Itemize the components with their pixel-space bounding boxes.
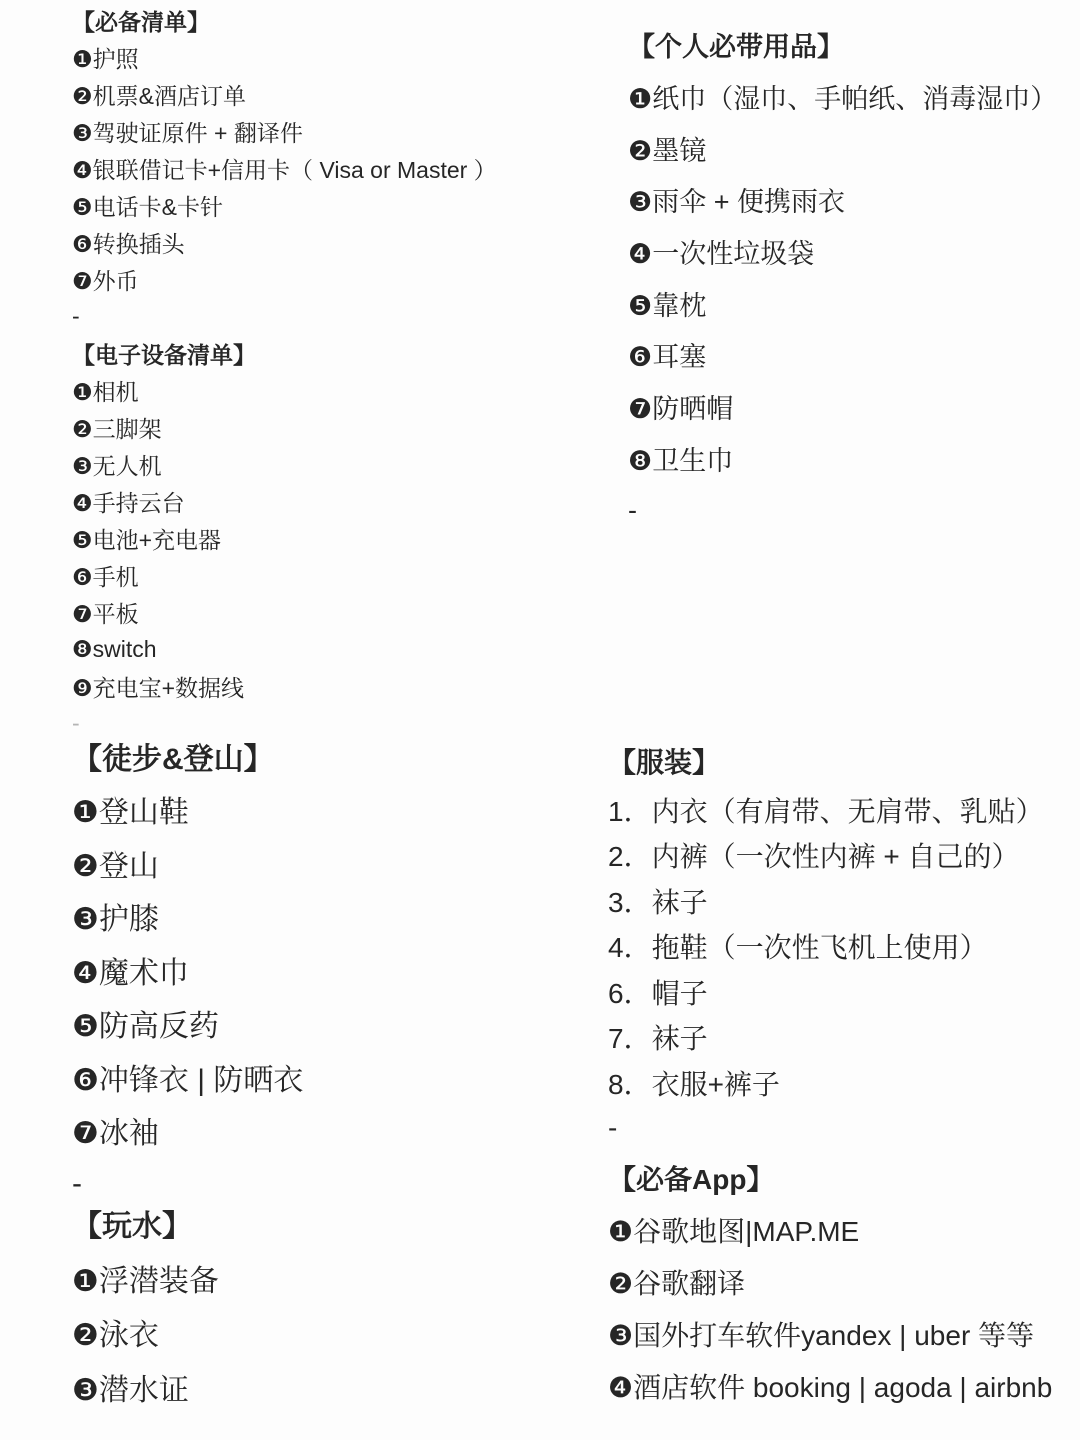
list-item: ❷谷歌翻译 — [608, 1256, 1052, 1308]
list-item: ❻转换插头 — [72, 224, 497, 261]
list-item: 4．拖鞋（一次性飞机上使用） — [608, 924, 1044, 970]
list-item: ❺电话卡&卡针 — [72, 187, 497, 224]
list-item: ❷墨镜 — [628, 122, 1057, 174]
list-item: ❼外币 — [72, 261, 497, 298]
list-item: ❺电池+充电器 — [72, 520, 497, 557]
list-item: 7．袜子 — [608, 1015, 1044, 1061]
list-item: ❷泳衣 — [72, 1305, 219, 1360]
list-item: ❹手持云台 — [72, 483, 497, 520]
travel-packing-checklist-page: 【必备清单】 ❶护照❷机票&酒店订单❸驾驶证原件 + 翻译件❹银联借记卡+信用卡… — [0, 0, 1080, 1440]
section-personal-items: 【个人必带用品】 ❶纸巾（湿巾、手帕纸、消毒湿巾）❷墨镜❸雨伞 + 便携雨衣❹一… — [628, 19, 1057, 536]
water-title: 【玩水】 — [72, 1196, 219, 1251]
personal-list: ❶纸巾（湿巾、手帕纸、消毒湿巾）❷墨镜❸雨伞 + 便携雨衣❹一次性垃圾袋❺靠枕❻… — [628, 71, 1057, 485]
list-item: ❶谷歌地图|MAP.ME — [608, 1204, 1052, 1256]
list-item: ❼防晒帽 — [628, 381, 1057, 433]
list-item: ❶登山鞋 — [72, 783, 303, 837]
personal-divider: - — [628, 484, 1057, 536]
list-item: ❼冰袖 — [72, 1104, 303, 1158]
water-list: ❶浮潜装备❷泳衣❸潜水证 — [72, 1251, 219, 1415]
apps-list: ❶谷歌地图|MAP.ME❷谷歌翻译❸国外打车软件yandex | uber 等等… — [608, 1204, 1052, 1412]
list-item: ❽switch — [72, 631, 497, 668]
apps-title: 【必备App】 — [608, 1152, 1052, 1204]
clothing-title: 【服装】 — [608, 735, 1044, 787]
clothing-list: 1．内衣（有肩带、无肩带、乳贴）2．内裤（一次性内裤 + 自己的）3．袜子4．拖… — [608, 787, 1044, 1106]
hiking-title: 【徒步&登山】 — [72, 729, 303, 783]
list-item: ❸国外打车软件yandex | uber 等等 — [608, 1308, 1052, 1360]
list-item: ❶护照 — [72, 39, 497, 76]
list-item: ❶相机 — [72, 372, 497, 409]
list-item: ❸护膝 — [72, 890, 303, 944]
list-item: 6．帽子 — [608, 969, 1044, 1015]
list-item: ❸无人机 — [72, 446, 497, 483]
essentials-divider: - — [72, 298, 497, 335]
personal-title: 【个人必带用品】 — [628, 19, 1057, 71]
list-item: ❹一次性垃圾袋 — [628, 226, 1057, 278]
list-item: ❷登山 — [72, 836, 303, 890]
list-item: ❸雨伞 + 便携雨衣 — [628, 174, 1057, 226]
electronics-list: ❶相机❷三脚架❸无人机❹手持云台❺电池+充电器❻手机❼平板❽switch❾充电宝… — [72, 372, 497, 705]
list-item: 1．内衣（有肩带、无肩带、乳贴） — [608, 787, 1044, 833]
hiking-list: ❶登山鞋❷登山❸护膝❹魔术巾❺防高反药❻冲锋衣 | 防晒衣❼冰袖 — [72, 783, 303, 1158]
section-hiking: 【徒步&登山】 ❶登山鞋❷登山❸护膝❹魔术巾❺防高反药❻冲锋衣 | 防晒衣❼冰袖… — [72, 729, 303, 1211]
electronics-title: 【电子设备清单】 — [72, 335, 497, 372]
essentials-list: ❶护照❷机票&酒店订单❸驾驶证原件 + 翻译件❹银联借记卡+信用卡（ Visa … — [72, 39, 497, 298]
list-item: ❷机票&酒店订单 — [72, 76, 497, 113]
list-item: ❸潜水证 — [72, 1360, 219, 1415]
list-item: ❶纸巾（湿巾、手帕纸、消毒湿巾） — [628, 71, 1057, 123]
section-apps: 【必备App】 ❶谷歌地图|MAP.ME❷谷歌翻译❸国外打车软件yandex |… — [608, 1152, 1052, 1412]
clothing-divider: - — [608, 1106, 1044, 1152]
list-item: 3．袜子 — [608, 878, 1044, 924]
list-item: ❷三脚架 — [72, 409, 497, 446]
list-item: ❹银联借记卡+信用卡（ Visa or Master ） — [72, 150, 497, 187]
list-item: ❺靠枕 — [628, 277, 1057, 329]
essentials-title: 【必备清单】 — [72, 2, 497, 39]
list-item: ❻冲锋衣 | 防晒衣 — [72, 1050, 303, 1104]
list-item: ❺防高反药 — [72, 997, 303, 1051]
list-item: 2．内裤（一次性内裤 + 自己的） — [608, 833, 1044, 879]
list-item: ❾充电宝+数据线 — [72, 668, 497, 705]
list-item: ❽卫生巾 — [628, 433, 1057, 485]
list-item: ❶浮潜装备 — [72, 1251, 219, 1306]
list-item: ❼平板 — [72, 594, 497, 631]
list-item: ❹酒店软件 booking | agoda | airbnb — [608, 1360, 1052, 1412]
list-item: ❻手机 — [72, 557, 497, 594]
section-essentials-and-electronics: 【必备清单】 ❶护照❷机票&酒店订单❸驾驶证原件 + 翻译件❹银联借记卡+信用卡… — [72, 2, 497, 742]
section-clothing: 【服装】 1．内衣（有肩带、无肩带、乳贴）2．内裤（一次性内裤 + 自己的）3．… — [608, 735, 1044, 1151]
section-water-activities: 【玩水】 ❶浮潜装备❷泳衣❸潜水证 — [72, 1196, 219, 1414]
list-item: 8．衣服+裤子 — [608, 1060, 1044, 1106]
list-item: ❸驾驶证原件 + 翻译件 — [72, 113, 497, 150]
list-item: ❻耳塞 — [628, 329, 1057, 381]
list-item: ❹魔术巾 — [72, 943, 303, 997]
